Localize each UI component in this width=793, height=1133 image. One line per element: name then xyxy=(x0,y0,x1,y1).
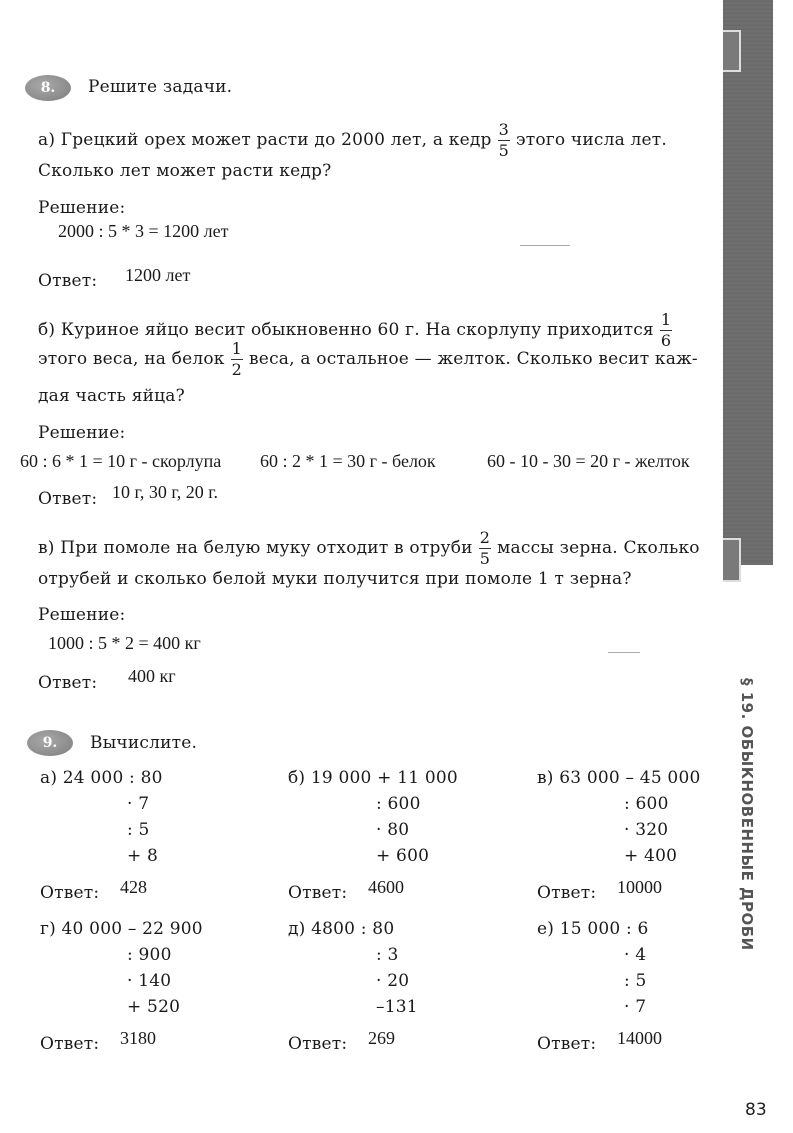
task-9-answer[interactable]: 4600 xyxy=(368,877,404,898)
task-8a-text-before: а) Грецкий орех может расти до 2000 лет,… xyxy=(38,130,492,150)
task-8c-text-after: массы зерна. Сколько xyxy=(497,538,700,558)
task-9-item-step: · 20 xyxy=(376,971,409,991)
task-8b-line2-after: веса, а остальное — желток. Сколько веси… xyxy=(249,349,698,369)
task-9-answer-label: Ответ: xyxy=(288,1034,347,1054)
fraction-numerator: 1 xyxy=(231,341,243,360)
task-8c-solution-label: Решение: xyxy=(38,605,125,625)
task-9-answer[interactable]: 428 xyxy=(120,877,147,898)
dash-line xyxy=(520,245,570,246)
task-9-answer-label: Ответ: xyxy=(40,883,99,903)
task-8b-answer[interactable]: 10 г, 30 г, 20 г. xyxy=(112,482,218,503)
task-9-item-step: · 4 xyxy=(624,945,646,965)
task-9-answer-label: Ответ: xyxy=(40,1034,99,1054)
task-9-item-step: : 600 xyxy=(624,794,669,814)
task-8-badge: 8. xyxy=(25,75,71,101)
task-9-title: Вычислите. xyxy=(90,733,197,753)
fraction-1-2: 12 xyxy=(231,341,243,378)
fraction-numerator: 1 xyxy=(660,312,672,331)
task-8a-text: а) Грецкий орех может расти до 2000 лет,… xyxy=(38,122,667,159)
task-9-item-head: а) 24 000 : 80 xyxy=(40,768,163,788)
task-8b-solution-white[interactable]: 60 : 2 * 1 = 30 г - белок xyxy=(260,451,436,472)
task-9-item-step: · 320 xyxy=(624,820,668,840)
task-8b-text-before: б) Куриное яйцо весит обыкновенно 60 г. … xyxy=(38,320,654,340)
task-8a-solution-label: Решение: xyxy=(38,198,125,218)
task-8b-solution-shell[interactable]: 60 : 6 * 1 = 10 г - скорлупа xyxy=(20,451,221,472)
task-9-answer-label: Ответ: xyxy=(537,1034,596,1054)
bookmark-notch-top xyxy=(723,30,741,72)
task-8b-solution-label: Решение: xyxy=(38,423,125,443)
task-9-item-head: д) 4800 : 80 xyxy=(288,919,394,939)
task-8c-solution[interactable]: 1000 : 5 * 2 = 400 кг xyxy=(48,633,201,654)
fraction-denominator: 2 xyxy=(231,360,243,378)
task-9-item-head: г) 40 000 – 22 900 xyxy=(40,919,203,939)
task-9-item-step: · 7 xyxy=(624,997,646,1017)
task-9-item-step: · 7 xyxy=(127,794,149,814)
task-8c-line2: отрубей и сколько белой муки получится п… xyxy=(38,569,632,589)
task-9-answer[interactable]: 269 xyxy=(368,1028,395,1049)
task-8b-line2: этого веса, на белок12веса, а остальное … xyxy=(38,341,698,378)
task-8a-text-after: этого числа лет. xyxy=(516,130,667,150)
task-9-item-head: в) 63 000 – 45 000 xyxy=(537,768,700,788)
task-8c-text-before: в) При помоле на белую муку отходит в от… xyxy=(38,538,473,558)
task-8c-answer-label: Ответ: xyxy=(38,673,97,693)
task-9-item-step: : 5 xyxy=(127,820,150,840)
task-8a-answer-label: Ответ: xyxy=(38,271,97,291)
task-9-badge: 9. xyxy=(27,730,73,756)
fraction-numerator: 3 xyxy=(498,122,510,141)
bookmark-notch-bottom xyxy=(723,538,741,582)
task-9-answer[interactable]: 10000 xyxy=(617,877,662,898)
task-8-title: Решите задачи. xyxy=(88,77,232,97)
task-9-item-step: –131 xyxy=(376,997,418,1017)
task-8a-answer[interactable]: 1200 лет xyxy=(125,265,190,286)
task-9-item-step: + 8 xyxy=(127,846,158,866)
task-9-item-step: : 3 xyxy=(376,945,399,965)
task-9-item-step: : 900 xyxy=(127,945,172,965)
task-9-answer-label: Ответ: xyxy=(537,883,596,903)
task-8b-line2-before: этого веса, на белок xyxy=(38,349,225,369)
task-9-item-step: : 5 xyxy=(624,971,647,991)
task-8c-answer[interactable]: 400 кг xyxy=(128,666,176,687)
fraction-denominator: 5 xyxy=(498,141,510,159)
fraction-3-5: 35 xyxy=(498,122,510,159)
fraction-denominator: 5 xyxy=(479,549,491,567)
task-9-answer[interactable]: 3180 xyxy=(120,1028,156,1049)
task-8b-answer-label: Ответ: xyxy=(38,489,97,509)
task-8c-text: в) При помоле на белую муку отходит в от… xyxy=(38,530,700,567)
fraction-2-5: 25 xyxy=(479,530,491,567)
task-8a-solution[interactable]: 2000 : 5 * 3 = 1200 лет xyxy=(58,221,229,242)
task-8a-line2: Сколько лет может расти кедр? xyxy=(38,161,331,181)
task-8b-line3: дая часть яйца? xyxy=(38,386,185,406)
task-9-item-step: + 520 xyxy=(127,997,180,1017)
task-9-item-head: б) 19 000 + 11 000 xyxy=(288,768,458,788)
task-8b-solution-yolk[interactable]: 60 - 10 - 30 = 20 г - желток xyxy=(487,451,690,472)
dash-line xyxy=(608,652,640,653)
task-9-answer-label: Ответ: xyxy=(288,883,347,903)
page-number: 83 xyxy=(745,1100,767,1120)
chapter-side-bar xyxy=(723,0,773,565)
task-9-item-step: + 600 xyxy=(376,846,429,866)
task-9-item-step: · 140 xyxy=(127,971,171,991)
fraction-numerator: 2 xyxy=(479,530,491,549)
task-9-answer[interactable]: 14000 xyxy=(617,1028,662,1049)
task-9-item-step: · 80 xyxy=(376,820,409,840)
task-9-item-head: е) 15 000 : 6 xyxy=(537,919,649,939)
task-9-item-step: + 400 xyxy=(624,846,677,866)
chapter-title-vertical: § 19. ОБЫКНОВЕННЫЕ ДРОБИ xyxy=(738,678,756,951)
task-9-item-step: : 600 xyxy=(376,794,421,814)
